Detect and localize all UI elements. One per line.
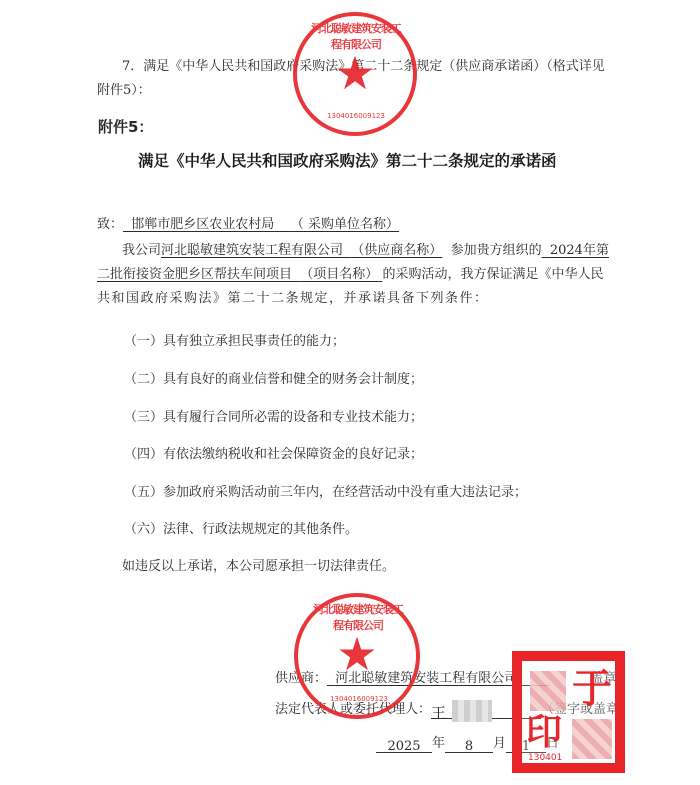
personal-seal-number: 130401 <box>528 753 562 763</box>
star-icon: ★ <box>297 48 413 98</box>
condition-6: （六）法律、行政法规规定的其他条件。 <box>124 521 358 539</box>
body-line-2: 二批衔接资金肥乡区帮扶车间项目 （项目名称） 的采购活动，我方保证满足《中华人民 <box>97 266 603 284</box>
company-seal-bottom: ★ 河北聪敏建筑安装工程有限公司 1304016009123 <box>294 593 420 719</box>
date-year: 2025 <box>376 738 432 753</box>
page-title: 满足《中华人民共和国政府采购法》第二十二条规定的承诺函 <box>138 149 557 171</box>
attachment-label: 附件5： <box>98 116 153 137</box>
personal-seal: 于 印 130401 <box>512 651 625 773</box>
company-seal-top: ★ 河北聪敏建筑安装工程有限公司 1304016009123 <box>293 12 417 136</box>
item7-line2: 附件5）： <box>97 82 151 100</box>
date-month: 8 <box>445 738 493 753</box>
seal-number: 1304016009123 <box>323 112 389 120</box>
condition-4: （四）有依法缴纳税收和社会保障资金的良好记录； <box>124 446 423 464</box>
condition-2: （二）具有良好的商业信誉和健全的财务会计制度； <box>124 371 423 389</box>
body-line-3: 共和国政府采购法》第二十二条规定，并承诺具备下列条件： <box>97 290 489 308</box>
condition-1: （一）具有独立承担民事责任的能力； <box>124 333 345 351</box>
project-name-part2: 二批衔接资金肥乡区帮扶车间项目 （项目名称） <box>97 267 382 282</box>
seal-ring-text: 河北聪敏建筑安装工程有限公司 <box>312 601 404 633</box>
condition-3: （三）具有履行合同所必需的设备和专业技术能力； <box>124 409 423 427</box>
project-name-part1: 2024年第 <box>542 243 609 258</box>
addressee-recipient: 邯郸市肥乡区农业农村局 （ 采购单位名称） <box>123 217 399 232</box>
addressee-prefix: 致： <box>97 217 123 232</box>
condition-5: （五）参加政府采购活动前三年内，在经营活动中没有重大违法记录； <box>124 484 527 502</box>
seal-number: 1304016009123 <box>326 695 392 703</box>
supplier-name: 河北聪敏建筑安装工程有限公司 （供应商名称） <box>161 243 442 258</box>
redacted-seal-char <box>530 671 566 711</box>
addressee-line: 致： 邯郸市肥乡区农业农村局 （ 采购单位名称） <box>97 216 399 234</box>
seal-ring-text: 河北聪敏建筑安装工程有限公司 <box>311 20 401 52</box>
seal-char-1: 于 <box>572 667 612 711</box>
body-line-1: 我公司河北聪敏建筑安装工程有限公司 （供应商名称） 参加贵方组织的 2024年第 <box>122 242 609 260</box>
closing-statement: 如违反以上承诺，本公司愿承担一切法律责任。 <box>122 558 395 576</box>
redacted-seal-char <box>572 719 612 759</box>
star-icon: ★ <box>298 629 416 679</box>
seal-char-2: 印 <box>526 713 562 753</box>
document-page: 7．满足《中华人民共和国政府采购法》第二十二条规定（供应商承诺函）（格式详见 附… <box>0 0 700 785</box>
redacted-signature <box>452 700 492 722</box>
